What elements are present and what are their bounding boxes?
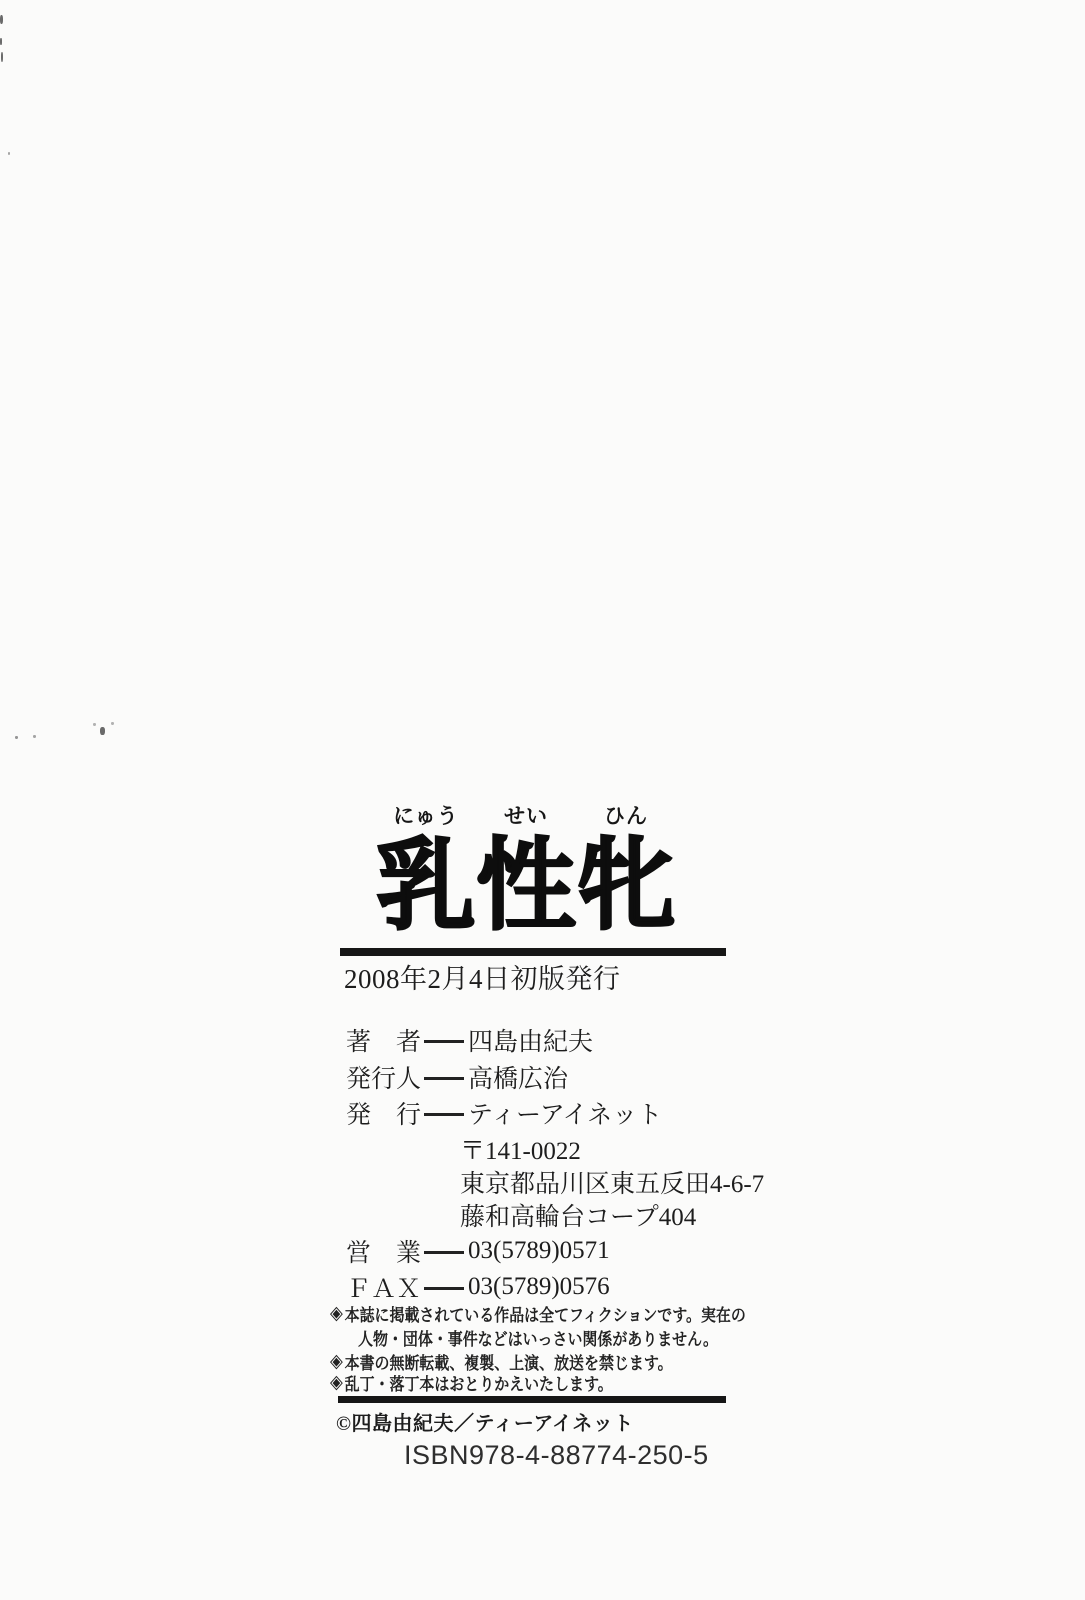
double-diamond-bullet-icon: ◈ [330,1371,343,1394]
notice-line-continued: 人物・団体・事件などはいっさい関係がありません。 [358,1325,718,1350]
notice-text: 人物・団体・事件などはいっさい関係がありません。 [358,1325,718,1350]
credit-row-sales: 営 業 03(5789)0571 [346,1233,610,1269]
title-kanji: 牝 [576,837,676,937]
credit-value: 四島由紀夫 [468,1022,593,1058]
furigana-text: にゅう [376,800,476,830]
dash-line [424,1113,464,1116]
credit-row-fax: ＦＡＸ 03(5789)0576 [346,1269,610,1305]
title-kanji: 性 [476,837,576,937]
credit-row-publisher-person: 発行人 高橋広治 [346,1059,568,1095]
credit-label: 著 者 [346,1022,422,1058]
scan-speck [0,38,2,45]
dash-line [424,1077,464,1080]
title-char-group: にゅう 乳 [376,800,476,937]
credit-value: 03(5789)0571 [468,1237,610,1265]
notice-text: 本誌に掲載されている作品は全てフィクションです。実在の [345,1301,746,1326]
furigana-text: ひん [576,800,676,830]
edition-date: 2008年2月4日初版発行 [344,957,621,996]
footer-rule [338,1396,726,1403]
dash-line [424,1251,464,1254]
credit-value: ティーアイネット [468,1095,662,1131]
scan-speck [111,722,114,725]
credit-value: 03(5789)0576 [468,1273,610,1301]
address-line-1: 東京都品川区東五反田4-6-7 [460,1164,764,1200]
scanned-colophon-page: にゅう 乳 せい 性 ひん 牝 2008年2月4日初版発行 著 者 四島由紀夫 … [0,0,1085,1600]
scan-speck [0,15,3,24]
notice-line: ◈ 本誌に掲載されている作品は全てフィクションです。実在の [330,1301,746,1326]
credit-label: ＦＡＸ [346,1269,422,1305]
scan-speck [33,735,36,738]
scan-speck [8,152,10,155]
scan-speck [15,736,18,739]
dash-line [424,1040,464,1043]
scan-speck [1,52,3,62]
copyright-line: ©四島由紀夫／ティーアイネット [336,1407,634,1436]
scan-speck [93,723,96,726]
title-underline-rule [340,948,726,956]
credit-label: 発行人 [346,1059,422,1095]
scan-speck [100,727,105,735]
postal-code: 〒141-0022 [460,1131,581,1167]
credit-row-author: 著 者 四島由紀夫 [346,1022,593,1058]
notice-line: ◈ 乱丁・落丁本はおとりかえいたします。 [330,1370,613,1395]
book-title-block: にゅう 乳 せい 性 ひん 牝 [376,800,676,937]
title-char-group: せい 性 [476,800,576,937]
furigana-text: せい [476,800,576,830]
credit-label: 発 行 [346,1095,422,1131]
credit-value: 高橋広治 [468,1059,568,1095]
isbn-number: ISBN978-4-88774-250-5 [404,1440,709,1471]
notice-text: 乱丁・落丁本はおとりかえいたします。 [345,1370,613,1395]
credit-row-publisher: 発 行 ティーアイネット [346,1095,662,1131]
title-char-group: ひん 牝 [576,800,676,937]
double-diamond-bullet-icon: ◈ [330,1302,343,1325]
dash-line [424,1287,464,1290]
credit-label: 営 業 [346,1233,422,1269]
title-kanji: 乳 [376,837,476,937]
address-line-2: 藤和高輪台コープ404 [460,1197,696,1233]
